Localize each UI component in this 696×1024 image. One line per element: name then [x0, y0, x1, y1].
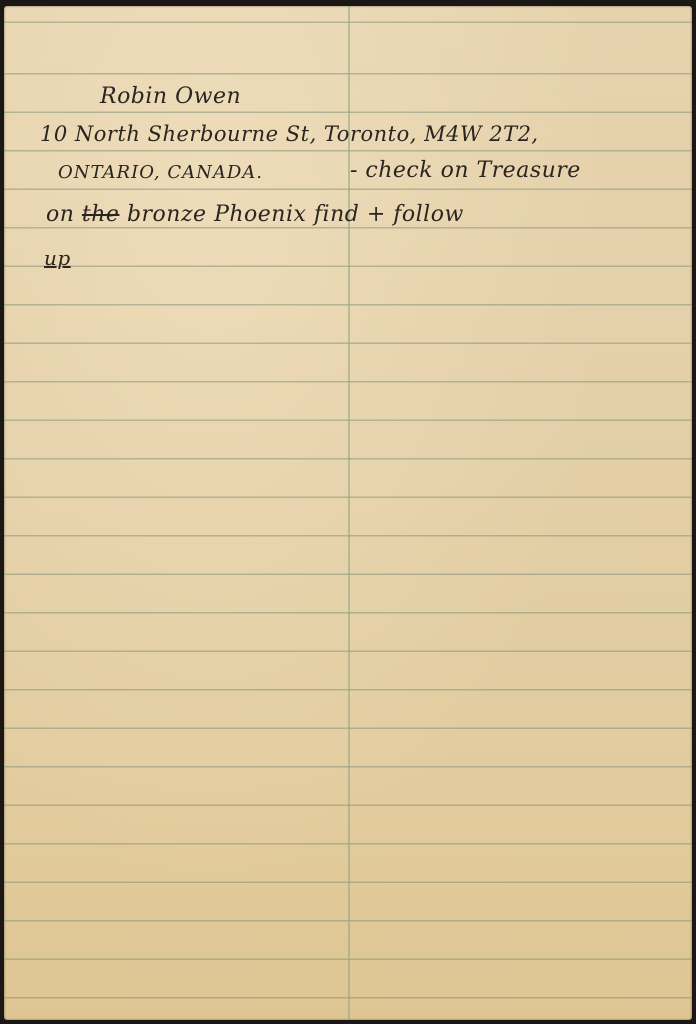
- note-check-on-treasure: - check on Treasure: [350, 158, 581, 183]
- lined-paper-sheet: Robin Owen 10 North Sherbourne St, Toron…: [4, 6, 692, 1020]
- province-country: ONTARIO, CANADA.: [58, 162, 263, 183]
- note-word-on: on: [46, 202, 74, 227]
- note-bronze-phoenix: bronze Phoenix find + follow: [127, 202, 464, 227]
- contact-name: Robin Owen: [100, 84, 241, 109]
- note-line-bronze-phoenix: on the bronze Phoenix find + follow: [46, 202, 464, 227]
- note-follow-up: up: [44, 246, 71, 270]
- struck-word: the: [82, 202, 120, 227]
- street-address: 10 North Sherbourne St, Toronto, M4W 2T2…: [40, 122, 539, 146]
